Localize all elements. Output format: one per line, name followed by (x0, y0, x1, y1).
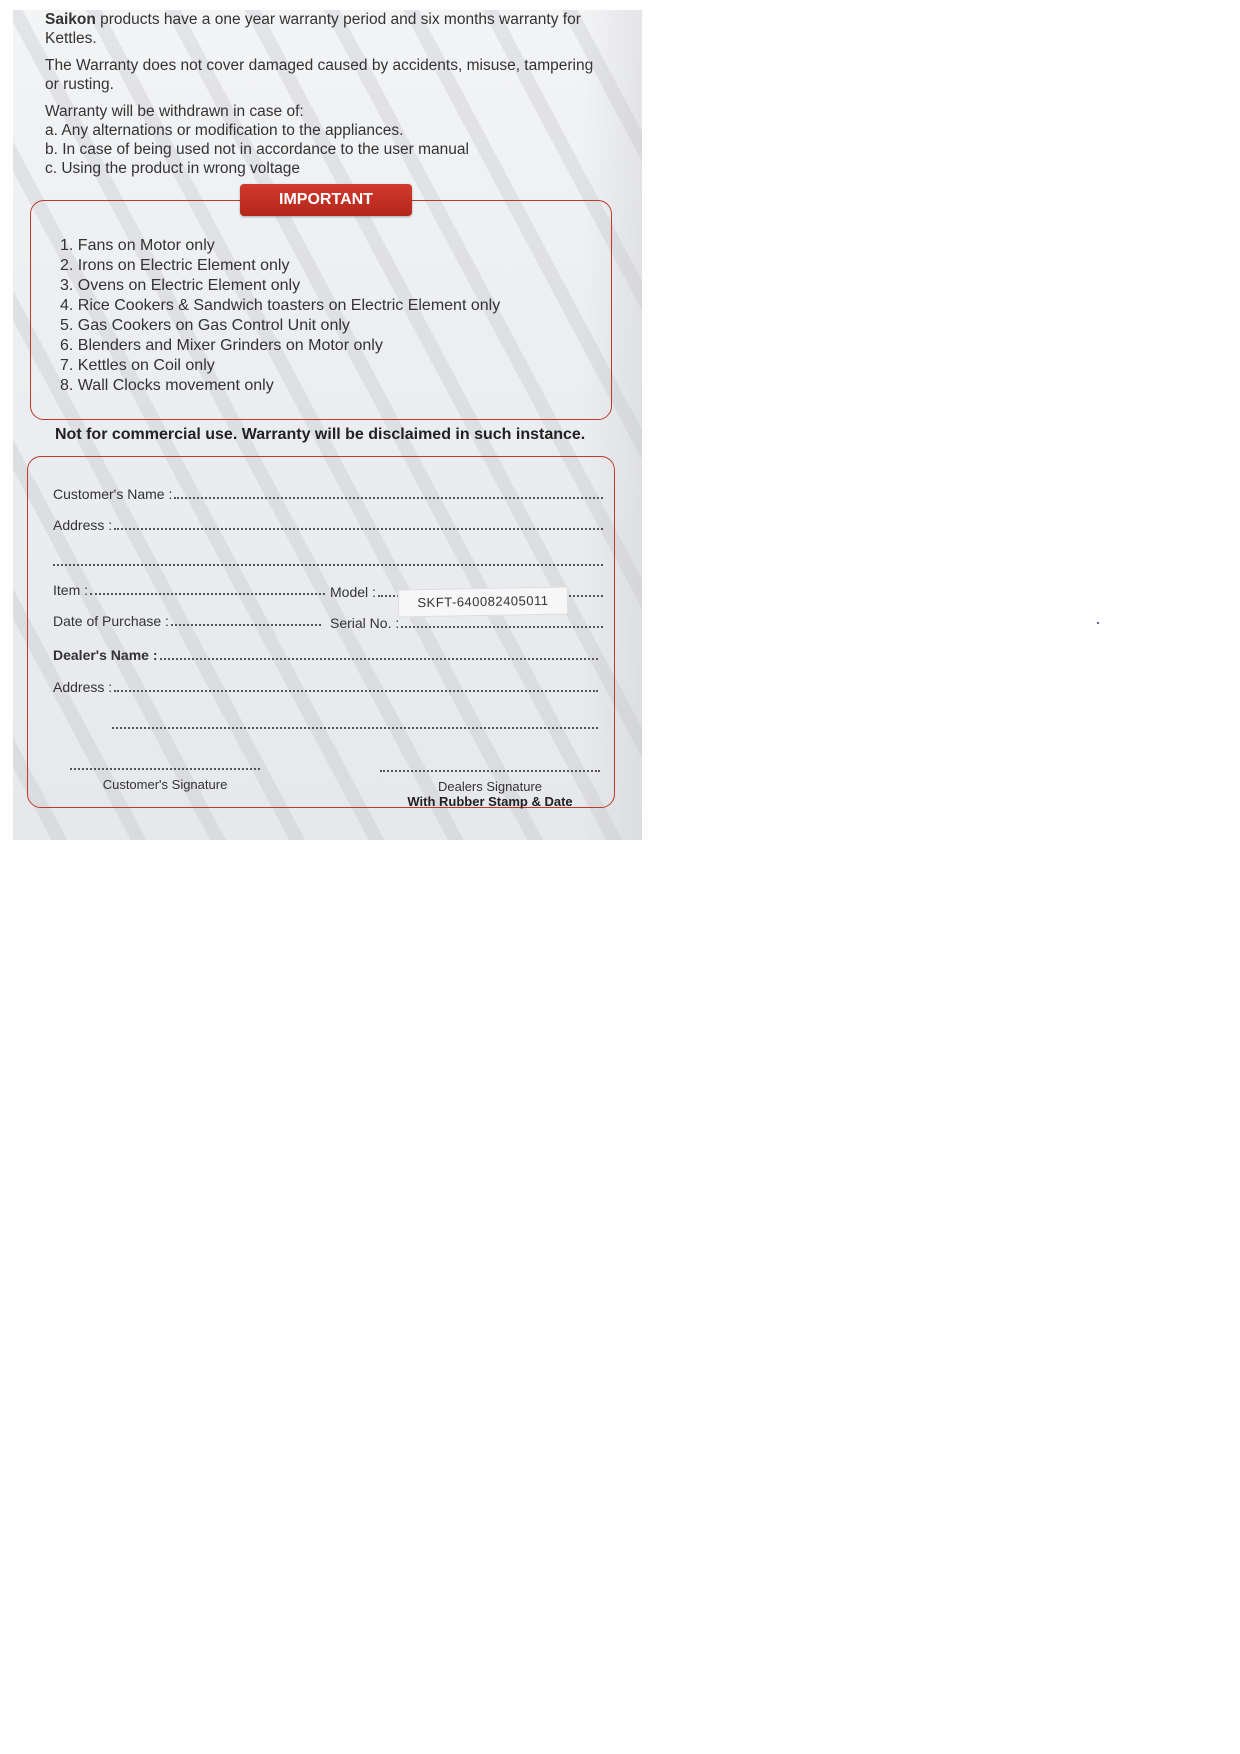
dealer-name-field[interactable]: Dealer's Name : (53, 647, 598, 663)
important-item: 2. Irons on Electric Element only (60, 256, 500, 276)
brand-name: Saikon (45, 11, 96, 28)
customer-signature-line[interactable] (70, 767, 260, 770)
important-item: 8. Wall Clocks movement only (60, 376, 500, 396)
important-item: 1. Fans on Motor only (60, 236, 500, 256)
scan-speck (1097, 622, 1099, 624)
dealer-address-label: Address : (53, 679, 112, 695)
dealer-signature-label: Dealers Signature With Rubber Stamp & Da… (380, 779, 600, 809)
important-item: 6. Blenders and Mixer Grinders on Motor … (60, 336, 500, 356)
dealer-signature-line[interactable] (380, 769, 600, 772)
warranty-form (27, 456, 615, 808)
date-of-purchase-label: Date of Purchase : (53, 613, 169, 629)
commercial-use-notice: Not for commercial use. Warranty will be… (55, 426, 585, 444)
serial-no-field[interactable]: Serial No. : (330, 615, 603, 631)
dealer-address-field[interactable]: Address : (53, 679, 598, 695)
dealer-address-line-2[interactable] (112, 726, 598, 729)
customer-address-field[interactable]: Address : (53, 517, 603, 533)
serial-no-label: Serial No. : (330, 615, 399, 631)
customer-name-label: Customer's Name : (53, 486, 172, 502)
withdrawal-item: a. Any alternations or modification to t… (45, 121, 605, 140)
withdrawal-item: b. In case of being used not in accordan… (45, 140, 605, 159)
customer-signature-label: Customer's Signature (70, 777, 260, 792)
dealer-signature-sub: With Rubber Stamp & Date (380, 794, 600, 809)
warranty-exclusion-text: The Warranty does not cover damaged caus… (45, 56, 605, 94)
withdrawal-heading: Warranty will be withdrawn in case of: (45, 102, 605, 121)
important-list: 1. Fans on Motor only 2. Irons on Electr… (60, 236, 500, 396)
model-label: Model : (330, 584, 376, 600)
important-item: 5. Gas Cookers on Gas Control Unit only (60, 316, 500, 336)
important-item: 4. Rice Cookers & Sandwich toasters on E… (60, 296, 500, 316)
important-item: 3. Ovens on Electric Element only (60, 276, 500, 296)
item-field[interactable]: Item : (53, 582, 325, 598)
warranty-period-text: Saikon products have a one year warranty… (45, 10, 605, 48)
serial-number-sticker: SKFT-640082405011 (398, 587, 568, 618)
important-badge: IMPORTANT (240, 184, 412, 216)
dealer-name-label: Dealer's Name : (53, 647, 158, 663)
customer-name-field[interactable]: Customer's Name : (53, 486, 603, 502)
date-of-purchase-field[interactable]: Date of Purchase : (53, 613, 321, 629)
customer-address-line-2[interactable] (53, 563, 603, 566)
warranty-withdrawal: Warranty will be withdrawn in case of: a… (45, 102, 605, 178)
address-label: Address : (53, 517, 112, 533)
warranty-terms: Saikon products have a one year warranty… (45, 10, 605, 186)
item-label: Item : (53, 582, 88, 598)
withdrawal-item: c. Using the product in wrong voltage (45, 159, 605, 178)
important-item: 7. Kettles on Coil only (60, 356, 500, 376)
